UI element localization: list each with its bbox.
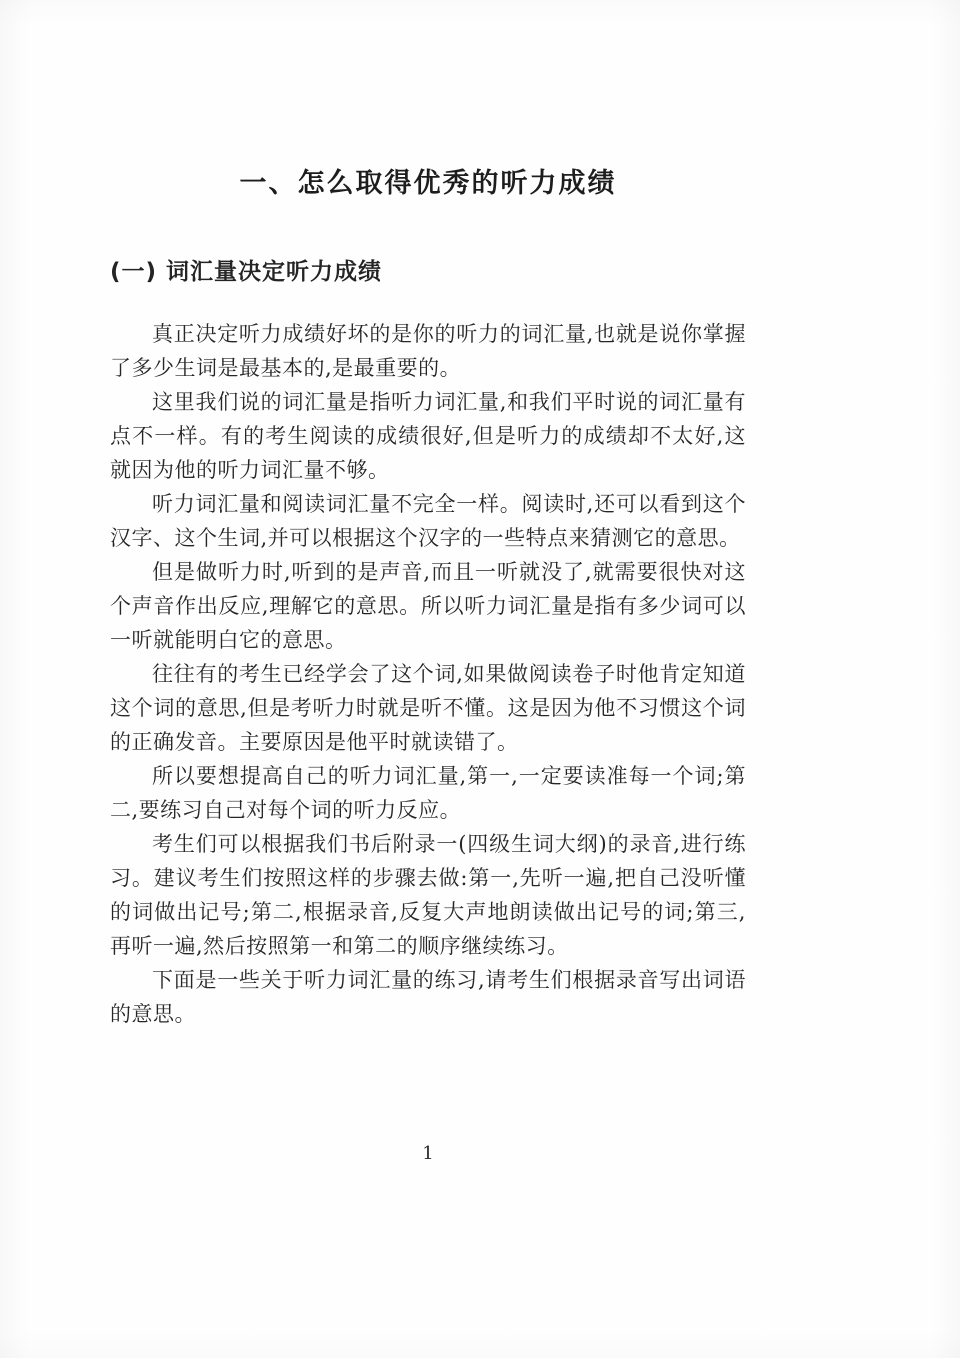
scanned-book-page: 一、怎么取得优秀的听力成绩 (一) 词汇量决定听力成绩 真正决定听力成绩好坏的是… bbox=[0, 0, 960, 1358]
paragraph: 真正决定听力成绩好坏的是你的听力的词汇量,也就是说你掌握了多少生词是最基本的,是… bbox=[110, 317, 746, 385]
paragraph: 下面是一些关于听力词汇量的练习,请考生们根据录音写出词语的意思。 bbox=[110, 963, 746, 1031]
page-number: 1 bbox=[110, 1143, 746, 1164]
paragraph: 往往有的考生已经学会了这个词,如果做阅读卷子时他肯定知道这个词的意思,但是考听力… bbox=[110, 657, 746, 759]
paragraph: 考生们可以根据我们书后附录一(四级生词大纲)的录音,进行练习。建议考生们按照这样… bbox=[110, 827, 746, 963]
paragraph: 但是做听力时,听到的是声音,而且一听就没了,就需要很快对这个声音作出反应,理解它… bbox=[110, 555, 746, 657]
section-heading: (一) 词汇量决定听力成绩 bbox=[110, 257, 746, 287]
chapter-title: 一、怎么取得优秀的听力成绩 bbox=[110, 0, 746, 202]
paragraph: 这里我们说的词汇量是指听力词汇量,和我们平时说的词汇量有点不一样。有的考生阅读的… bbox=[110, 385, 746, 487]
page-content-column: 一、怎么取得优秀的听力成绩 (一) 词汇量决定听力成绩 真正决定听力成绩好坏的是… bbox=[110, 0, 746, 1164]
paragraph: 听力词汇量和阅读词汇量不完全一样。阅读时,还可以看到这个汉字、这个生词,并可以根… bbox=[110, 487, 746, 555]
body-text-block: 真正决定听力成绩好坏的是你的听力的词汇量,也就是说你掌握了多少生词是最基本的,是… bbox=[110, 317, 746, 1031]
paragraph: 所以要想提高自己的听力词汇量,第一,一定要读准每一个词;第二,要练习自己对每个词… bbox=[110, 759, 746, 827]
